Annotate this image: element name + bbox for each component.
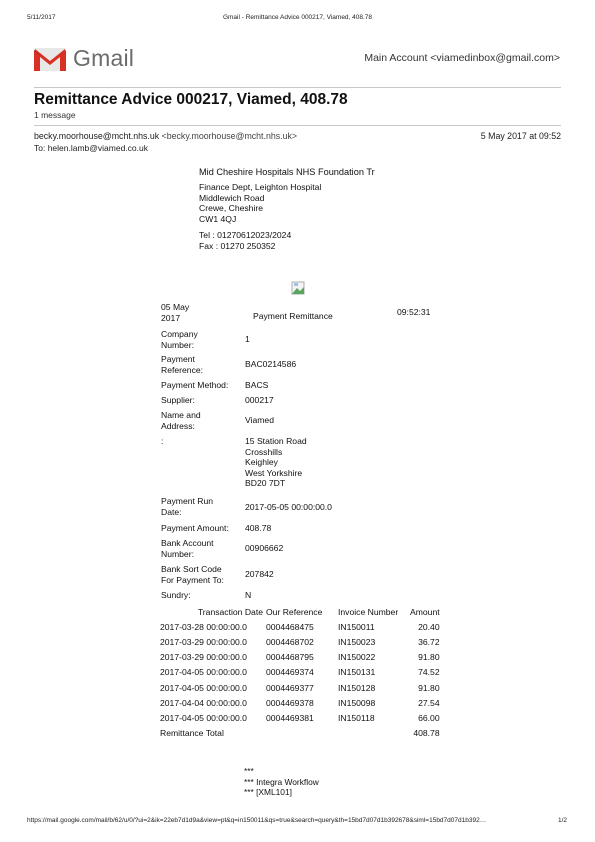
value-sort-code: 207842 (245, 569, 274, 580)
cell-transaction-date: 2017-04-05 00:00:00.0 (160, 680, 263, 695)
fax: Fax : 01270 250352 (199, 241, 291, 252)
col-invoice-number: Invoice Number (335, 604, 410, 619)
org-contact: Tel : 01270612023/2024 Fax : 01270 25035… (199, 230, 291, 251)
cell-invoice-number: IN150023 (335, 634, 410, 649)
value-payment-run-date: 2017-05-05 00:00:00.0 (245, 502, 332, 513)
total-value: 408.78 (410, 726, 440, 741)
value-payment-method: BACS (245, 380, 268, 391)
cell-transaction-date: 2017-04-04 00:00:00.0 (160, 695, 263, 710)
broken-image-icon (291, 281, 305, 295)
col-transaction-date: Transaction Date (160, 604, 263, 619)
value-company-number: 1 (245, 334, 250, 345)
label-sundry: Sundry: (161, 590, 191, 601)
divider (34, 87, 561, 88)
label-payment-method: Payment Method: (161, 380, 228, 391)
value-sundry: N (245, 590, 251, 601)
org-name: Mid Cheshire Hospitals NHS Foundation Tr (199, 167, 375, 177)
cell-amount: 91.80 (410, 680, 440, 695)
cell-our-reference: 0004468475 (263, 619, 335, 634)
table-row: 2017-03-29 00:00:00.00004468702IN1500233… (160, 634, 440, 649)
col-our-reference: Our Reference (263, 604, 335, 619)
cell-transaction-date: 2017-04-05 00:00:00.0 (160, 710, 263, 725)
cell-amount: 74.52 (410, 665, 440, 680)
table-header-row: Transaction Date Our Reference Invoice N… (160, 604, 440, 619)
value-payment-reference: BAC0214586 (245, 359, 296, 370)
signature: *** *** Integra Workflow *** [XML101] (244, 766, 319, 798)
cell-amount: 66.00 (410, 710, 440, 725)
cell-amount: 91.80 (410, 650, 440, 665)
label-address: : (161, 436, 163, 447)
address-line: Middlewich Road (199, 193, 321, 204)
remit-title: Payment Remittance (253, 311, 333, 321)
sender-address: <becky.moorhouse@mcht.nhs.uk> (162, 131, 297, 141)
cell-invoice-number: IN150022 (335, 650, 410, 665)
cell-invoice-number: IN150011 (335, 619, 410, 634)
cell-our-reference: 0004469381 (263, 710, 335, 725)
cell-transaction-date: 2017-03-29 00:00:00.0 (160, 634, 263, 649)
remit-date: 05 May 2017 (161, 302, 189, 323)
table-row: 2017-04-04 00:00:00.00004469378IN1500982… (160, 695, 440, 710)
remit-time: 09:52:31 (397, 307, 430, 317)
divider (34, 125, 561, 126)
cell-our-reference: 0004469374 (263, 665, 335, 680)
cell-our-reference: 0004469377 (263, 680, 335, 695)
table-row: 2017-04-05 00:00:00.00004469381IN1501186… (160, 710, 440, 725)
table-row: 2017-03-29 00:00:00.00004468795IN1500229… (160, 650, 440, 665)
table-row: 2017-04-05 00:00:00.00004469374IN1501317… (160, 665, 440, 680)
tel: Tel : 01270612023/2024 (199, 230, 291, 241)
total-row: Remittance Total 408.78 (160, 726, 440, 741)
cell-amount: 20.40 (410, 619, 440, 634)
cell-amount: 36.72 (410, 634, 440, 649)
signature-line: *** Integra Workflow (244, 777, 319, 788)
print-title: Gmail - Remittance Advice 000217, Viamed… (0, 14, 595, 21)
cell-our-reference: 0004468702 (263, 634, 335, 649)
address-line: Finance Dept, Leighton Hospital (199, 182, 321, 193)
sent-date: 5 May 2017 at 09:52 (481, 131, 561, 141)
print-page-number: 1/2 (558, 817, 567, 824)
org-address: Finance Dept, Leighton Hospital Middlewi… (199, 182, 321, 224)
value-bank-account: 00906662 (245, 543, 283, 554)
logo-text: Gmail (73, 45, 134, 72)
value-supplier: 000217 (245, 395, 274, 406)
label-supplier: Supplier: (161, 395, 195, 406)
value-address: 15 Station Road Crosshills Keighley West… (245, 436, 307, 489)
label-name-address: Name andAddress: (161, 410, 201, 431)
account-label: Main Account <viamedinbox@gmail.com> (364, 52, 560, 64)
sender-name: becky.moorhouse@mcht.nhs.uk (34, 131, 159, 141)
signature-line: *** (244, 766, 319, 777)
recipient: To: helen.lamb@viamed.co.uk (34, 143, 148, 153)
table-row: 2017-04-05 00:00:00.00004469377IN1501289… (160, 680, 440, 695)
gmail-envelope-icon (34, 47, 66, 71)
print-url: https://mail.google.com/mail/b/62/u/0/?u… (27, 817, 486, 824)
label-payment-amount: Payment Amount: (161, 523, 229, 534)
cell-our-reference: 0004468795 (263, 650, 335, 665)
cell-invoice-number: IN150098 (335, 695, 410, 710)
message-count: 1 message (34, 110, 76, 120)
value-payment-amount: 408.78 (245, 523, 271, 534)
label-payment-run-date: Payment RunDate: (161, 496, 213, 517)
col-amount: Amount (410, 604, 440, 619)
cell-our-reference: 0004469378 (263, 695, 335, 710)
address-line: CW1 4QJ (199, 214, 321, 225)
cell-invoice-number: IN150131 (335, 665, 410, 680)
cell-transaction-date: 2017-03-29 00:00:00.0 (160, 650, 263, 665)
cell-invoice-number: IN150128 (335, 680, 410, 695)
label-company-number: CompanyNumber: (161, 329, 198, 350)
signature-line: *** [XML101] (244, 787, 319, 798)
label-sort-code: Bank Sort CodeFor Payment To: (161, 564, 224, 585)
total-label: Remittance Total (160, 726, 410, 741)
label-payment-reference: PaymentReference: (161, 354, 203, 375)
thread-subject: Remittance Advice 000217, Viamed, 408.78 (34, 91, 348, 109)
gmail-logo[interactable]: Gmail (34, 45, 134, 72)
transactions-table: Transaction Date Our Reference Invoice N… (160, 604, 440, 741)
sender[interactable]: becky.moorhouse@mcht.nhs.uk <becky.moorh… (34, 131, 297, 141)
cell-transaction-date: 2017-04-05 00:00:00.0 (160, 665, 263, 680)
cell-amount: 27.54 (410, 695, 440, 710)
table-row: 2017-03-28 00:00:00.00004468475IN1500112… (160, 619, 440, 634)
address-line: Crewe, Cheshire (199, 203, 321, 214)
cell-invoice-number: IN150118 (335, 710, 410, 725)
value-name: Viamed (245, 415, 274, 426)
cell-transaction-date: 2017-03-28 00:00:00.0 (160, 619, 263, 634)
label-bank-account: Bank AccountNumber: (161, 538, 214, 559)
